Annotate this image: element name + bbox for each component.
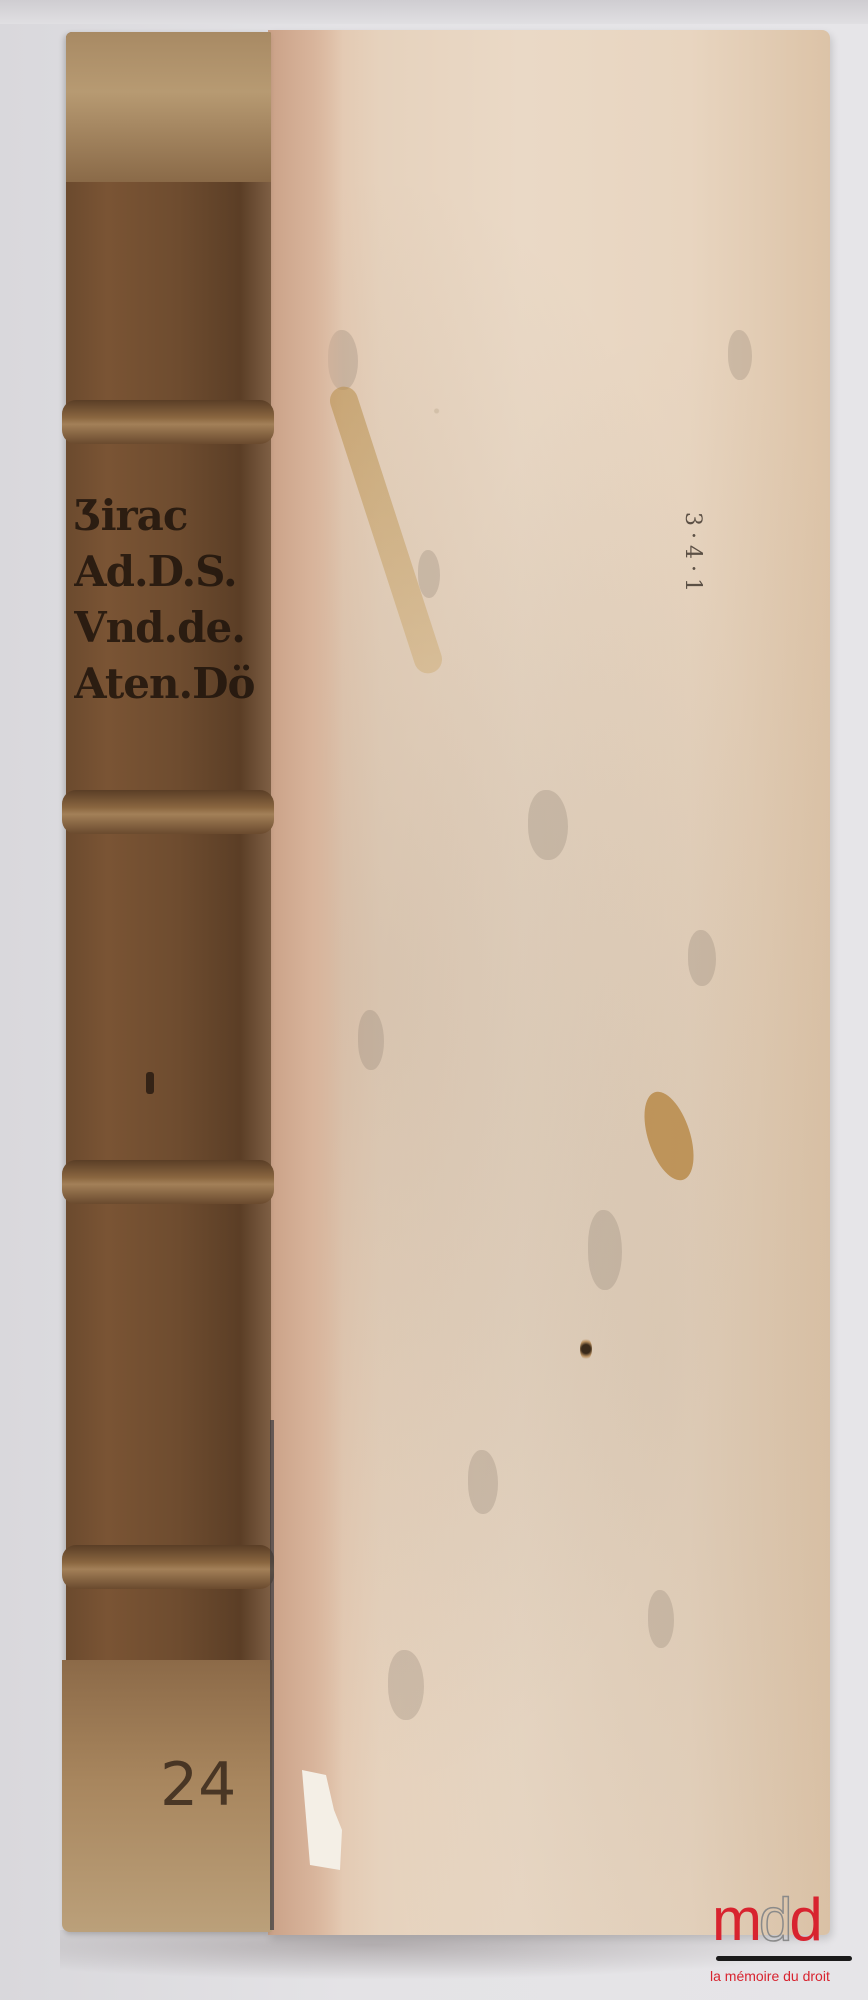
spine-raised-band <box>62 790 274 834</box>
spine-raised-band <box>62 1160 274 1204</box>
spine-title-line: Aten.Dö <box>74 656 266 712</box>
book-front-cover <box>268 30 830 1935</box>
cover-handwritten-marks: 3·4·1 <box>676 470 706 640</box>
logo-letter-d-outline: d <box>759 1886 789 1953</box>
cover-turn-in-edge <box>268 30 343 1935</box>
cover-burn-mark <box>580 1338 592 1360</box>
spine-title-line: Vnd.de. <box>74 600 266 656</box>
spine-title-line: Ad.D.S. <box>74 544 266 600</box>
mdd-logo: mdd la mémoire du droit <box>710 1890 860 1990</box>
spine-joint-crack <box>270 1420 274 1930</box>
logo-underline-bar <box>716 1956 852 1961</box>
logo-letter-m: m <box>712 1886 759 1953</box>
logo-letter-d: d <box>789 1886 819 1953</box>
spine-raised-band <box>62 1545 274 1589</box>
logo-tagline: la mémoire du droit <box>710 1968 860 1984</box>
book: 3·4·1 Ʒirac Ad.D.S. Vnd.de. Aten.Dö 24 <box>0 0 868 2000</box>
logo-wordmark: mdd <box>712 1890 862 1950</box>
spine-title-label: Ʒirac Ad.D.S. Vnd.de. Aten.Dö <box>74 488 266 748</box>
spine-head-worn <box>66 32 271 182</box>
spine-raised-band <box>62 400 274 444</box>
spine-title-line: Ʒirac <box>74 488 266 544</box>
spine-shelf-number: 24 <box>160 1740 270 1830</box>
spine-ink-mark <box>146 1072 154 1094</box>
book-spine <box>66 32 271 1932</box>
